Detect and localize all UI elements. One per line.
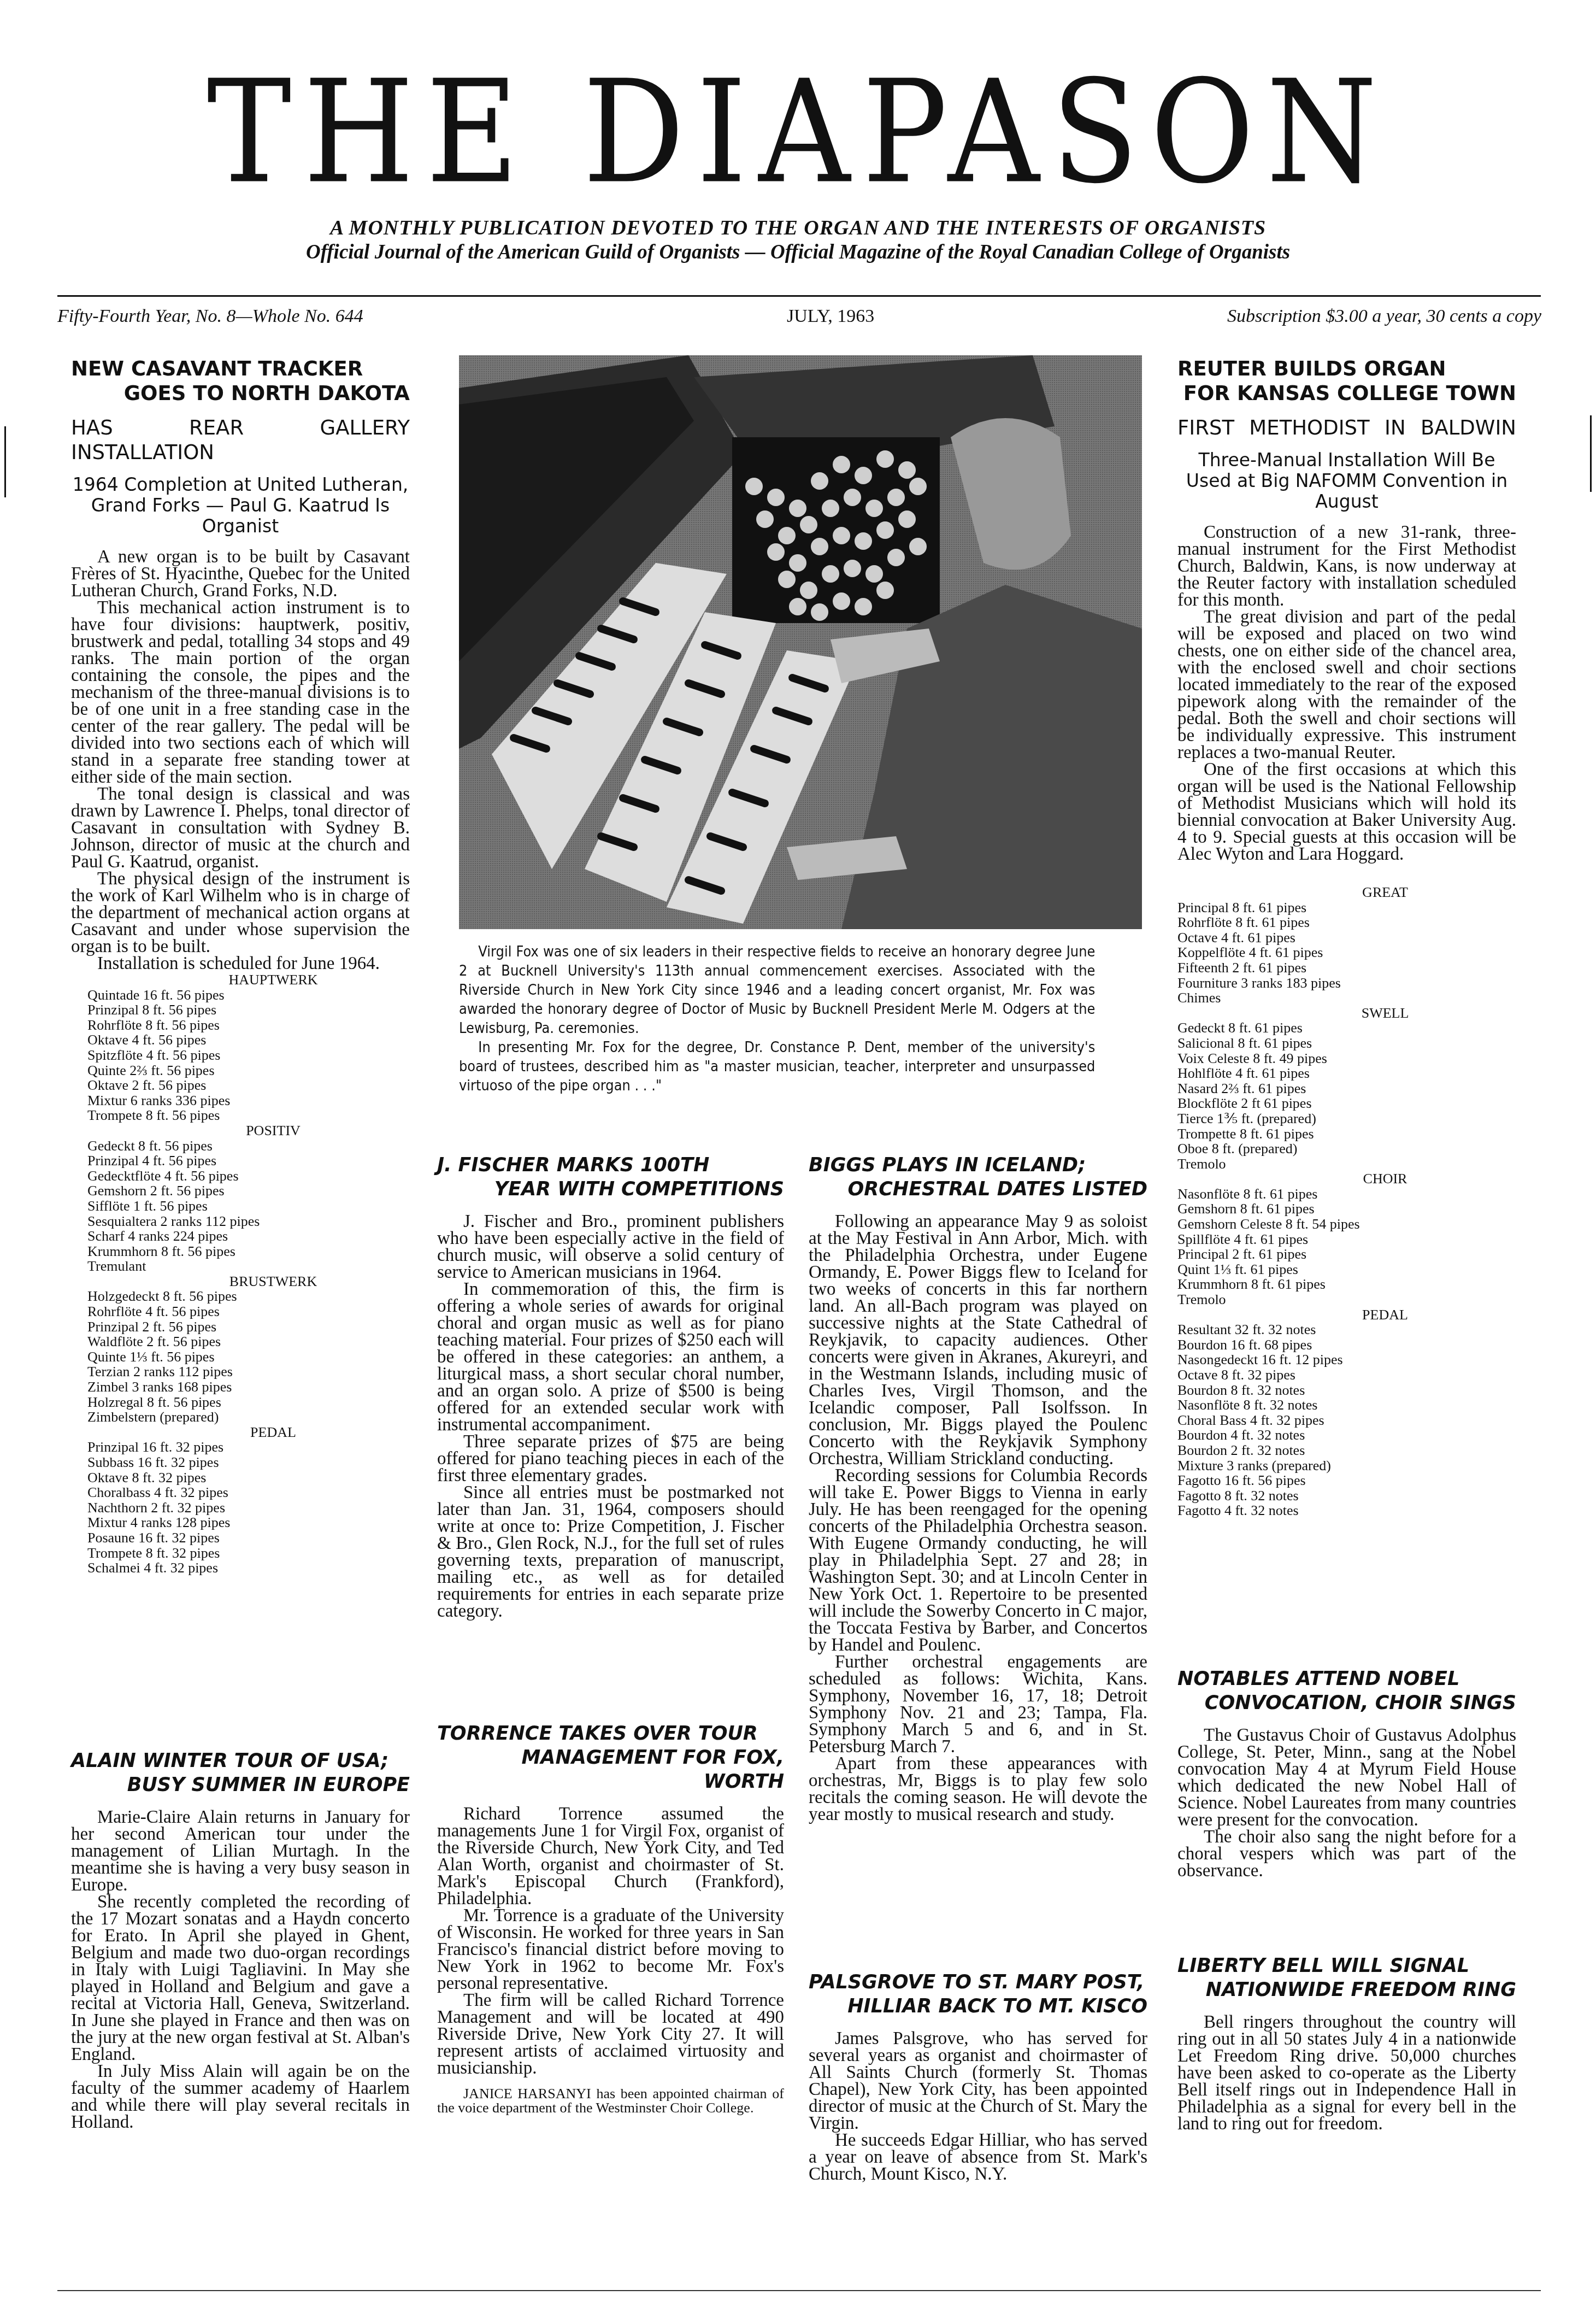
stop: Prinzipal 8 ft. 56 pipes [71, 1002, 410, 1018]
stop: Koppelflöte 4 ft. 61 pipes [1177, 945, 1516, 960]
stop: Mixture 3 ranks (prepared) [1177, 1458, 1516, 1473]
paragraph: He succeeds Edgar Hilliar, who has serve… [809, 2132, 1147, 2183]
photo-caption: Virgil Fox was one of six leaders in the… [459, 943, 1095, 1096]
headline-line-1: PALSGROVE TO ST. MARY POST, [809, 1970, 1147, 1994]
headline: LIBERTY BELL WILL SIGNAL NATIONWIDE FREE… [1177, 1954, 1516, 2002]
stop: Oktave 2 ft. 56 pipes [71, 1078, 410, 1093]
stop: Gemshorn 2 ft. 56 pipes [71, 1183, 410, 1199]
masthead-rule [57, 295, 1541, 297]
article-nobel: NOTABLES ATTEND NOBEL CONVOCATION, CHOIR… [1177, 1667, 1516, 1880]
paragraph: In commemoration of this, the firm is of… [437, 1281, 784, 1434]
paragraph: Construction of a new 31-rank, three-man… [1177, 524, 1516, 609]
stop: Chimes [1177, 990, 1516, 1006]
caption-paragraph: Virgil Fox was one of six leaders in the… [459, 943, 1095, 1038]
stop: Holzgedeckt 8 ft. 56 pipes [71, 1289, 410, 1304]
stop: Trompete 8 ft. 56 pipes [71, 1108, 410, 1123]
paragraph: Mr. Torrence is a graduate of the Univer… [437, 1907, 784, 1992]
paragraph: The great division and part of the pedal… [1177, 609, 1516, 761]
stoplist: GREAT Principal 8 ft. 61 pipes Rohrflöte… [1177, 885, 1516, 1518]
stop: Sesquialtera 2 ranks 112 pipes [71, 1214, 410, 1229]
headline-line-1: J. FISCHER MARKS 100TH [437, 1153, 784, 1177]
stop: Prinzipal 16 ft. 32 pipes [71, 1440, 410, 1455]
paragraph: Apart from these appearances with orches… [809, 1756, 1147, 1823]
paragraph: J. Fischer and Bro., prominent publisher… [437, 1213, 784, 1281]
organ-console-photo [459, 355, 1142, 929]
stop: Tierce 1⅗ ft. (prepared) [1177, 1111, 1516, 1126]
article-alain: ALAIN WINTER TOUR OF USA; BUSY SUMMER IN… [71, 1749, 410, 2131]
stop: Scharf 4 ranks 224 pipes [71, 1229, 410, 1244]
headline-line-2: GOES TO NORTH DAKOTA [71, 381, 410, 406]
stop: Spillflöte 4 ft. 61 pipes [1177, 1232, 1516, 1247]
stoplist: HAUPTWERK Quintade 16 ft. 56 pipes Prinz… [71, 972, 410, 1576]
stop: Bourdon 2 ft. 32 notes [1177, 1443, 1516, 1458]
stop: Tremolo [1177, 1292, 1516, 1307]
article-casavant: NEW CASAVANT TRACKER GOES TO NORTH DAKOT… [71, 356, 410, 1576]
subdeck: 1964 Completion at United Lutheran, Gran… [71, 474, 410, 537]
stop: Octave 8 ft. 32 pipes [1177, 1367, 1516, 1383]
headline-line-2: MANAGEMENT FOR FOX, WORTH [437, 1746, 784, 1794]
division-heading: CHOIR [1177, 1171, 1516, 1187]
stop: Zimbel 3 ranks 168 pipes [71, 1379, 410, 1395]
stop: Subbass 16 ft. 32 pipes [71, 1455, 410, 1470]
headline-line-1: LIBERTY BELL WILL SIGNAL [1177, 1954, 1516, 1978]
headline-line-2: YEAR WITH COMPETITIONS [437, 1177, 784, 1201]
division-heading: GREAT [1177, 885, 1516, 900]
stop: Nasonflöte 8 ft. 61 pipes [1177, 1187, 1516, 1202]
stop: Oktave 8 ft. 32 pipes [71, 1470, 410, 1486]
paragraph: Three separate prizes of $75 are being o… [437, 1434, 784, 1484]
division-heading: BRUSTWERK [71, 1274, 410, 1289]
paragraph: The physical design of the instrument is… [71, 871, 410, 955]
headline: BIGGS PLAYS IN ICELAND; ORCHESTRAL DATES… [809, 1153, 1147, 1201]
issue-number: Fifty-Fourth Year, No. 8—Whole No. 644 [57, 306, 363, 327]
stop: Gedecktflöte 4 ft. 56 pipes [71, 1169, 410, 1184]
headline-line-2: ORCHESTRAL DATES LISTED [809, 1177, 1147, 1201]
paragraph: The tonal design is classical and was dr… [71, 786, 410, 871]
headline-line-1: ALAIN WINTER TOUR OF USA; [71, 1749, 410, 1773]
division-heading: PEDAL [71, 1425, 410, 1440]
stop: Quintade 16 ft. 56 pipes [71, 988, 410, 1003]
headline: TORRENCE TAKES OVER TOUR MANAGEMENT FOR … [437, 1722, 784, 1794]
stop: Krummhorn 8 ft. 56 pipes [71, 1244, 410, 1259]
stop: Oboe 8 ft. (prepared) [1177, 1141, 1516, 1156]
paragraph: The Gustavus Choir of Gustavus Adolphus … [1177, 1727, 1516, 1829]
stop: Bourdon 4 ft. 32 notes [1177, 1428, 1516, 1443]
stop: Resultant 32 ft. 32 notes [1177, 1322, 1516, 1337]
stop: Posaune 16 ft. 32 pipes [71, 1530, 410, 1546]
stop: Voix Celeste 8 ft. 49 pipes [1177, 1051, 1516, 1066]
paragraph: Further orchestral engagements are sched… [809, 1654, 1147, 1756]
stop: Principal 2 ft. 61 pipes [1177, 1247, 1516, 1262]
paragraph: Since all entries must be postmarked not… [437, 1484, 784, 1620]
stop: Fourniture 3 ranks 183 pipes [1177, 976, 1516, 991]
deck: HAS REAR GALLERY INSTALLATION [71, 415, 410, 465]
subscription-price: Subscription $3.00 a year, 30 cents a co… [1227, 306, 1541, 327]
paragraph: James Palsgrove, who has served for seve… [809, 2030, 1147, 2132]
headline: J. FISCHER MARKS 100TH YEAR WITH COMPETI… [437, 1153, 784, 1201]
stop: Prinzipal 2 ft. 56 pipes [71, 1319, 410, 1335]
stop: Schalmei 4 ft. 32 pipes [71, 1560, 410, 1576]
article-reuter: REUTER BUILDS ORGAN FOR KANSAS COLLEGE T… [1177, 356, 1516, 1518]
headline: PALSGROVE TO ST. MARY POST, HILLIAR BACK… [809, 1970, 1147, 2018]
stop: Fifteenth 2 ft. 61 pipes [1177, 960, 1516, 976]
division-heading: POSITIV [71, 1123, 410, 1138]
stop: Nachthorn 2 ft. 32 pipes [71, 1500, 410, 1516]
stop: Tremulant [71, 1259, 410, 1274]
stop: Gemshorn Celeste 8 ft. 54 pipes [1177, 1217, 1516, 1232]
stop: Terzian 2 ranks 112 pipes [71, 1364, 410, 1379]
stop: Bourdon 16 ft. 68 pipes [1177, 1337, 1516, 1353]
issue-date: JULY, 1963 [787, 306, 874, 327]
headline-line-1: NOTABLES ATTEND NOBEL [1177, 1667, 1516, 1691]
stop: Oktave 4 ft. 56 pipes [71, 1032, 410, 1048]
division-heading: HAUPTWERK [71, 972, 410, 988]
stop: Trompete 8 ft. 32 pipes [71, 1546, 410, 1561]
caption-paragraph: In presenting Mr. Fox for the degree, Dr… [459, 1038, 1095, 1096]
stop: Blockflöte 2 ft 61 pipes [1177, 1096, 1516, 1111]
publication-subtitle: A MONTHLY PUBLICATION DEVOTED TO THE ORG… [0, 216, 1596, 240]
paragraph: Marie-Claire Alain returns in January fo… [71, 1809, 410, 1894]
stop: Spitzflöte 4 ft. 56 pipes [71, 1048, 410, 1063]
headline-line-1: TORRENCE TAKES OVER TOUR [437, 1722, 784, 1746]
article-fischer: J. FISCHER MARKS 100TH YEAR WITH COMPETI… [437, 1153, 784, 1620]
stop: Rohrflöte 8 ft. 61 pipes [1177, 915, 1516, 930]
stop: Quinte 1⅓ ft. 56 pipes [71, 1349, 410, 1365]
stop: Rohrflöte 4 ft. 56 pipes [71, 1304, 410, 1319]
headline-line-2: HILLIAR BACK TO MT. KISCO [809, 1994, 1147, 2018]
stop: Salicional 8 ft. 61 pipes [1177, 1036, 1516, 1051]
news-brief: JANICE HARSANYI has been appointed chair… [437, 2087, 784, 2115]
stop: Gedeckt 8 ft. 61 pipes [1177, 1020, 1516, 1036]
stop: Octave 4 ft. 61 pipes [1177, 930, 1516, 946]
paragraph: Recording sessions for Columbia Records … [809, 1467, 1147, 1654]
stop: Prinzipal 4 ft. 56 pipes [71, 1153, 410, 1169]
division-heading: PEDAL [1177, 1307, 1516, 1323]
subdeck: Three-Manual Installation Will Be Used a… [1177, 450, 1516, 512]
headline-line-1: BIGGS PLAYS IN ICELAND; [809, 1153, 1147, 1177]
paragraph: She recently completed the recording of … [71, 1894, 410, 2063]
stop: Tremolo [1177, 1156, 1516, 1172]
article-palsgrove: PALSGROVE TO ST. MARY POST, HILLIAR BACK… [809, 1970, 1147, 2183]
headline: NEW CASAVANT TRACKER GOES TO NORTH DAKOT… [71, 356, 410, 406]
stop: Gemshorn 8 ft. 61 pipes [1177, 1201, 1516, 1217]
stop: Waldflöte 2 ft. 56 pipes [71, 1334, 410, 1349]
headline-line-1: REUTER BUILDS ORGAN [1177, 357, 1446, 380]
stop: Hohlflöte 4 ft. 61 pipes [1177, 1066, 1516, 1081]
headline-line-2: CONVOCATION, CHOIR SINGS [1177, 1691, 1516, 1715]
masthead: THE DIAPASON A MONTHLY PUBLICATION DEVOT… [0, 0, 1596, 339]
photo-illustration [459, 355, 1142, 929]
paragraph: The firm will be called Richard Torrence… [437, 1992, 784, 2077]
publication-title: THE DIAPASON [0, 71, 1596, 193]
headline: NOTABLES ATTEND NOBEL CONVOCATION, CHOIR… [1177, 1667, 1516, 1715]
stop: Bourdon 8 ft. 32 notes [1177, 1383, 1516, 1398]
paragraph: Bell ringers throughout the country will… [1177, 2014, 1516, 2133]
paragraph: Following an appearance May 9 as soloist… [809, 1213, 1147, 1467]
paragraph: Installation is scheduled for June 1964. [71, 955, 410, 972]
page-bottom-rule [57, 2290, 1541, 2291]
article-biggs: BIGGS PLAYS IN ICELAND; ORCHESTRAL DATES… [809, 1153, 1147, 1823]
stop: Nasonflöte 8 ft. 32 notes [1177, 1398, 1516, 1413]
headline-line-2: NATIONWIDE FREEDOM RING [1177, 1978, 1516, 2002]
margin-mark [4, 426, 6, 497]
paragraph: One of the first occasions at which this… [1177, 761, 1516, 863]
article-liberty-bell: LIBERTY BELL WILL SIGNAL NATIONWIDE FREE… [1177, 1954, 1516, 2133]
stop: Fagotto 8 ft. 32 notes [1177, 1488, 1516, 1504]
official-line: Official Journal of the American Guild o… [0, 240, 1596, 264]
stop: Choral Bass 4 ft. 32 pipes [1177, 1413, 1516, 1428]
stop: Rohrflöte 8 ft. 56 pipes [71, 1018, 410, 1033]
stop: Trompette 8 ft. 61 pipes [1177, 1126, 1516, 1142]
headline-line-2: FOR KANSAS COLLEGE TOWN [1177, 381, 1516, 406]
stop: Sifflöte 1 ft. 56 pipes [71, 1199, 410, 1214]
stop: Krummhorn 8 ft. 61 pipes [1177, 1277, 1516, 1292]
paragraph: In July Miss Alain will again be on the … [71, 2063, 410, 2131]
margin-mark [1590, 415, 1592, 492]
deck: FIRST METHODIST IN BALDWIN [1177, 415, 1516, 440]
article-torrence: TORRENCE TAKES OVER TOUR MANAGEMENT FOR … [437, 1722, 784, 2115]
stop: Holzregal 8 ft. 56 pipes [71, 1395, 410, 1410]
stop: Nasard 2⅔ ft. 61 pipes [1177, 1081, 1516, 1096]
stop: Zimbelstern (prepared) [71, 1410, 410, 1425]
headline: REUTER BUILDS ORGAN FOR KANSAS COLLEGE T… [1177, 356, 1516, 406]
stop: Mixtur 4 ranks 128 pipes [71, 1515, 410, 1530]
stop: Fagotto 4 ft. 32 notes [1177, 1503, 1516, 1518]
headline-line-1: NEW CASAVANT TRACKER [71, 357, 363, 380]
headline: ALAIN WINTER TOUR OF USA; BUSY SUMMER IN… [71, 1749, 410, 1797]
division-heading: SWELL [1177, 1006, 1516, 1021]
stop: Quint 1⅓ ft. 61 pipes [1177, 1262, 1516, 1277]
stop: Nasongedeckt 16 ft. 12 pipes [1177, 1352, 1516, 1367]
headline-line-2: BUSY SUMMER IN EUROPE [71, 1773, 410, 1797]
stop: Mixtur 6 ranks 336 pipes [71, 1093, 410, 1108]
stop: Principal 8 ft. 61 pipes [1177, 900, 1516, 915]
stop: Choralbass 4 ft. 32 pipes [71, 1485, 410, 1500]
paragraph: The choir also sang the night before for… [1177, 1829, 1516, 1880]
stop: Quinte 2⅔ ft. 56 pipes [71, 1063, 410, 1078]
paragraph: A new organ is to be built by Casavant F… [71, 549, 410, 600]
paragraph: This mechanical action instrument is to … [71, 600, 410, 786]
paragraph: Richard Torrence assumed the managements… [437, 1806, 784, 1907]
stop: Gedeckt 8 ft. 56 pipes [71, 1138, 410, 1154]
stop: Fagotto 16 ft. 56 pipes [1177, 1473, 1516, 1488]
